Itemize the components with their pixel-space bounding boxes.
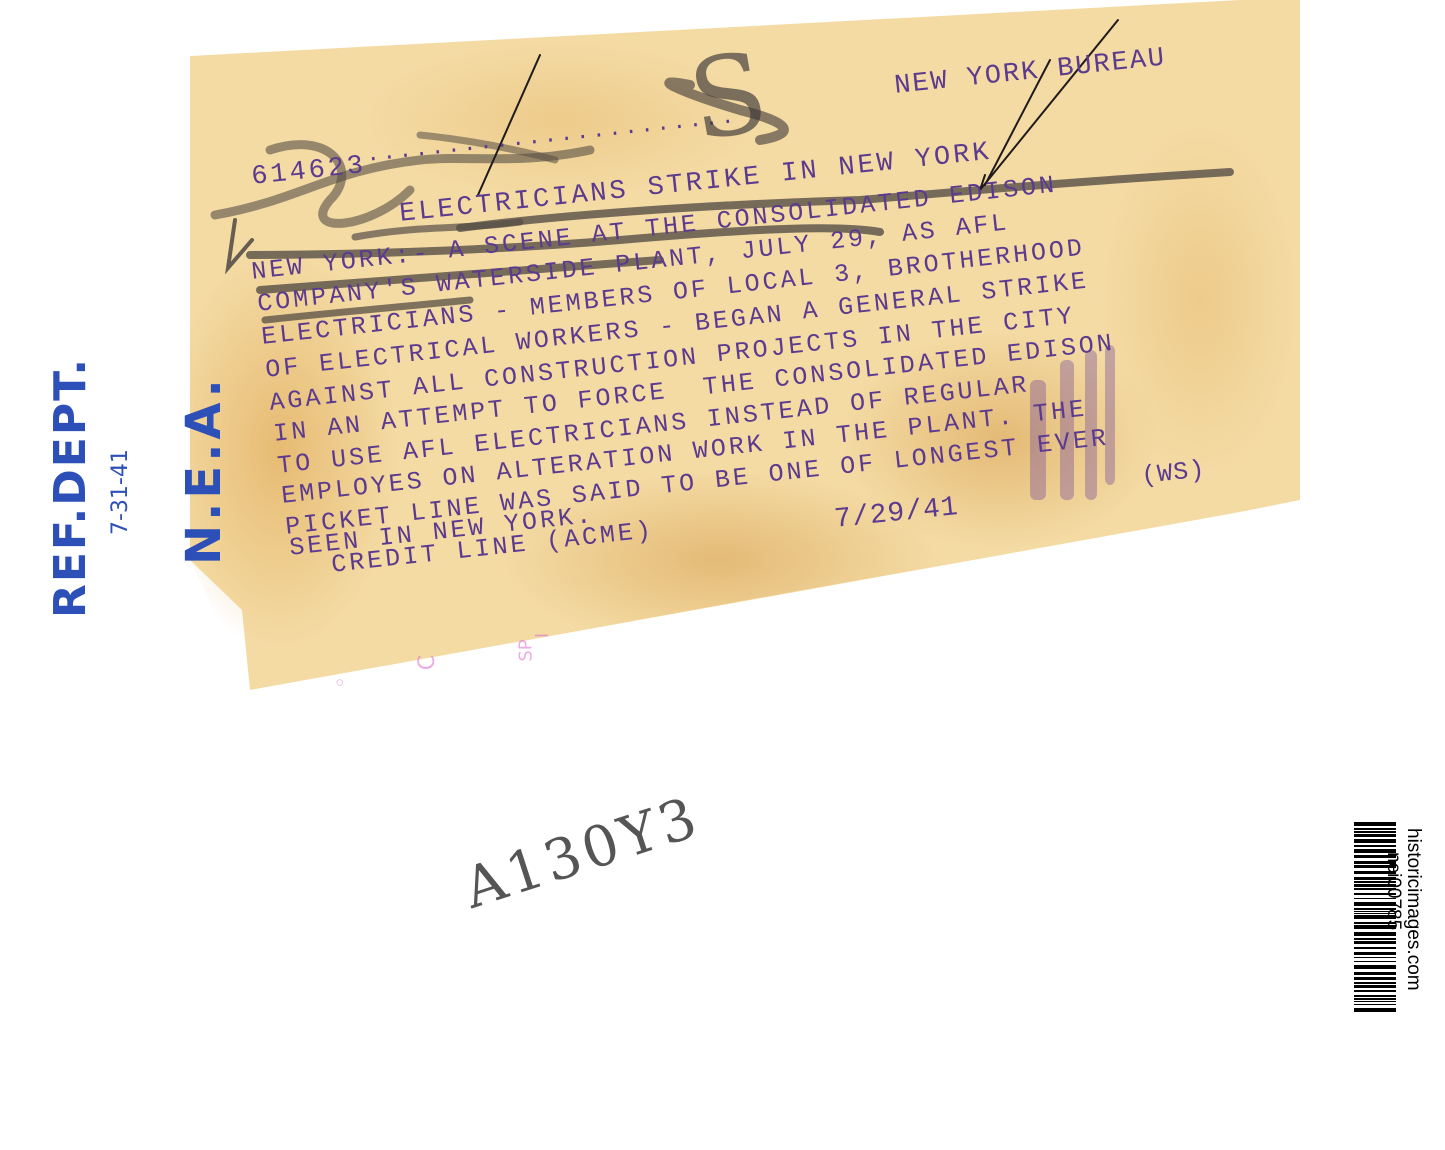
- ref-date-stamp: 7-31-41: [108, 449, 133, 535]
- bureau-line: NEW YORK BUREAU: [893, 43, 1168, 101]
- caption-initials: (WS): [1140, 455, 1207, 491]
- caption-date: 7/29/41: [833, 492, 960, 536]
- barcode-site: historicimages.com: [1402, 828, 1424, 991]
- barcode-item-id: nei00785: [1382, 852, 1404, 930]
- caption-slip: 614623 ....................... NEW YORK …: [0, 0, 1445, 1150]
- nea-stamp: N.E.A.: [176, 375, 232, 565]
- dot-leader: .......................: [365, 104, 738, 168]
- serial-number: 614623: [250, 151, 368, 193]
- barcode-label: historicimages.com nei00785: [1340, 822, 1440, 1020]
- ref-dept-stamp: REF.DEPT.: [45, 357, 96, 618]
